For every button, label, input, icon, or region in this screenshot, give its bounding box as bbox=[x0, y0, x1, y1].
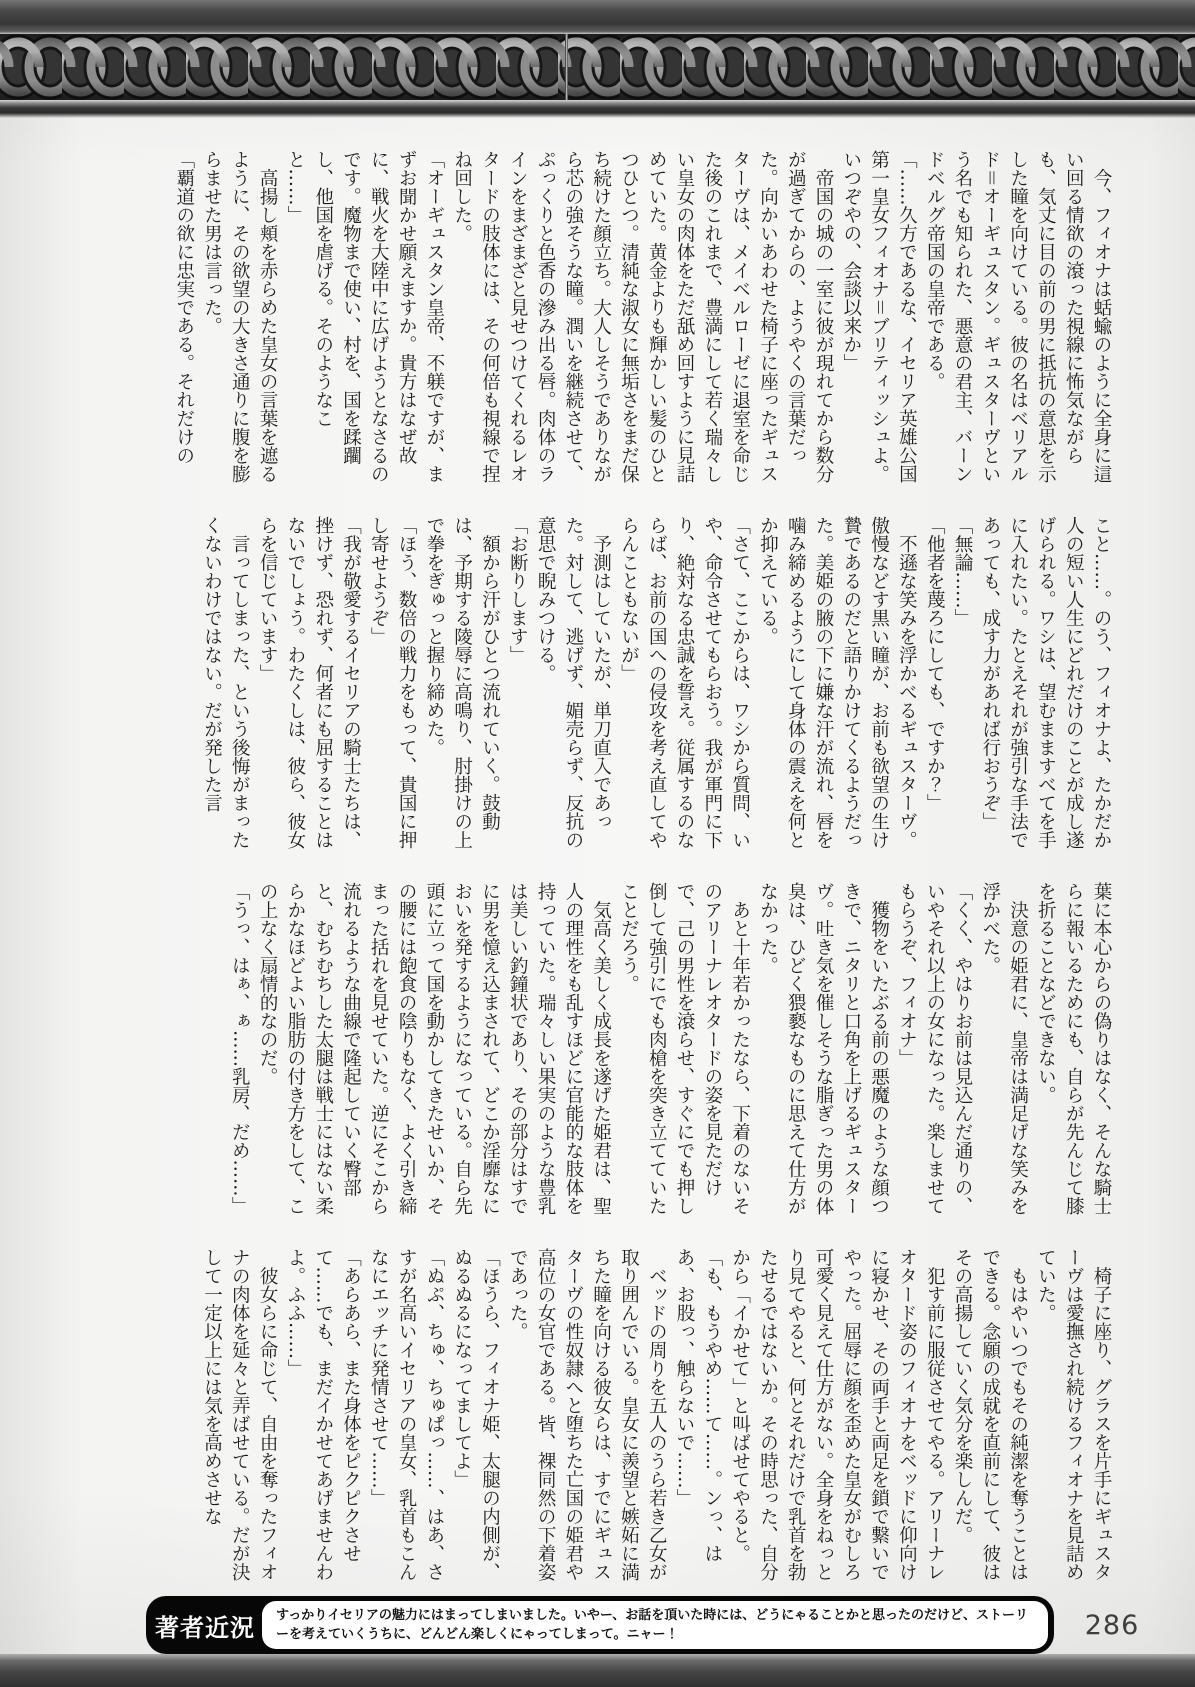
footer-status-line: すっかりイセリアの魅力にはまってしまいました。いやー、お話を頂いた時には、どうに… bbox=[276, 1606, 1034, 1625]
paragraph: 「オーギュスタン皇帝、不躾ですが、まずお聞かせ願えますか。貴方はなぜ故に、戦火を… bbox=[281, 150, 448, 486]
paragraph: 「他者を蔑ろにしても、ですか？」 bbox=[920, 516, 948, 852]
paragraph: 言ってしまった、という後悔がまったくないわけではない。だが発した言 bbox=[198, 516, 254, 852]
paragraph: 「ぬぷ、ちゅ、ちゅぱっ……、はあ、さすが名高いイセリアの皇女、乳首もこんなにエッ… bbox=[364, 1248, 447, 1584]
paragraph: 葉に本心からの偽りはなく、そんな騎士らに報いるためにも、自らが先んじて膝を折るこ… bbox=[1032, 882, 1115, 1218]
paragraph: 彼女らに命じて、自由を奪ったフィオナの肉体を延々と弄ばせている。だが決して一定以… bbox=[198, 1248, 281, 1584]
scanned-novel-page: { "page_number": "286", "bands": [ [ " 今… bbox=[0, 0, 1195, 1687]
paragraph: 「も、もうやめ……て……。ンっ、はあ、お股っ、触らないで……」 bbox=[670, 1248, 726, 1584]
paragraph: あと十年若かったなら、下着のないそのアリーナレオタードの姿を見ただけで、己の男性… bbox=[615, 882, 754, 1218]
knot-band-shading bbox=[0, 34, 1195, 100]
knot-band-seam bbox=[565, 34, 568, 100]
footer-status-line: ーを考えていくうちに、どんどん楽しくにゃってしまって。ニャー！ bbox=[276, 1625, 1034, 1644]
paragraph: 不遜な笑みを浮かべるギュスターヴ。傲慢などす黒い瞳が、お前も欲望の生け贄であるの… bbox=[754, 516, 921, 852]
paragraph: 「お断りします」 bbox=[503, 516, 531, 852]
paragraph: 犯す前に服従させてやる。アリーナレオタード姿のフィオナをベッドに仰向けに寝かせ、… bbox=[726, 1248, 948, 1584]
footer-label: 著者近況 bbox=[146, 1596, 264, 1654]
paragraph: 「さて、ここからは、ワシから質問、いや、命令させてもらおう。我が軍門に下り、絶対… bbox=[615, 516, 754, 852]
paragraph: 予測はしていたが、単刀直入であった。対して、逃げず、媚売らず、反抗の意思で睨みつ… bbox=[531, 516, 614, 852]
footer-note: すっかりイセリアの魅力にはまってしまいました。いやー、お話を頂いた時には、どうに… bbox=[262, 1601, 1048, 1649]
paragraph: 「我が敬愛するイセリアの騎士たちは、挫けず、恐れず、何者にも屈することはないでし… bbox=[253, 516, 364, 852]
paragraph: 「あらあら、また身体をピクピクさせて……でも、まだイかせてあげませんわよ。ふふ…… bbox=[281, 1248, 364, 1584]
paragraph: 「ほうら、フィオナ姫、太腿の内側が、ぬるぬるになってましてよ」 bbox=[448, 1248, 504, 1584]
paragraph: 「くく、やはりお前は見込んだ通りの、いやそれ以上の女になった。楽しませてもらうぞ… bbox=[893, 882, 976, 1218]
paragraph: 「うっ、はぁ、ぁ……乳房、だめ……」 bbox=[226, 882, 254, 1218]
celtic-knot-border bbox=[0, 0, 1195, 118]
border-bottom-bar bbox=[0, 100, 1195, 118]
text-band-3: 葉に本心からの偽りはなく、そんな騎士らに報いるためにも、自らが先んじて膝を折るこ… bbox=[140, 882, 1115, 1218]
border-top-bar bbox=[0, 0, 1195, 34]
paragraph: ベッドの周りを五人のうら若き乙女が取り囲んでいる。皇女に羨望と嫉妬に満ちた瞳を向… bbox=[503, 1248, 670, 1584]
text-band-2: こと……。のう、フィオナよ、たかだか人の短い人生にどれだけのことが成し遂げられる… bbox=[140, 516, 1115, 852]
paragraph: 気高く美しく成長を遂げた姫君は、聖人の理性をも乱すほどに官能的な肢体を持っていた… bbox=[253, 882, 614, 1218]
text-band-4: 椅子に座り、グラスを片手にギュスターヴは愛撫され続けるフィオナを見詰めていた。 … bbox=[140, 1248, 1115, 1584]
paragraph: もはやいつでもその純潔を奪うことはできる。念願の成就を直前にして、彼はその高揚し… bbox=[948, 1248, 1031, 1584]
paragraph: 決意の姫君に、皇帝は満足げな笑みを浮かべた。 bbox=[976, 882, 1032, 1218]
paragraph: 帝国の城の一室に彼が現れてから数分が過ぎてからの、ようやくの言葉だった。向かいあ… bbox=[448, 150, 837, 486]
paragraph: 今、フィオナは蛞蝓のように全身に這い回る情欲の滾った視線に怖気ながらも、気丈に目… bbox=[920, 150, 1115, 486]
paragraph: 額から汗がひとつ流れていく。鼓動は、予期する陵辱に高鳴り、肘掛けの上で拳をぎゅっ… bbox=[420, 516, 503, 852]
text-band-1: 今、フィオナは蛞蝓のように全身に這い回る情欲の滾った視線に怖気ながらも、気丈に目… bbox=[140, 150, 1115, 486]
paragraph: 「……久方であるな、イセリア英雄公国第一皇女フィオナ＝ブリティッシュよ。いつぞや… bbox=[837, 150, 920, 486]
paragraph: 「覇道の欲に忠実である。それだけの bbox=[170, 150, 198, 486]
paragraph: 椅子に座り、グラスを片手にギュスターヴは愛撫され続けるフィオナを見詰めていた。 bbox=[1032, 1248, 1115, 1584]
paragraph: こと……。のう、フィオナよ、たかだか人の短い人生にどれだけのことが成し遂げられる… bbox=[976, 516, 1115, 852]
footer-bar: 著者近況 すっかりイセリアの魅力にはまってしまいました。いやー、お話を頂いた時に… bbox=[146, 1596, 1054, 1654]
paragraph: 「無論……」 bbox=[948, 516, 976, 852]
bottom-edge-strip bbox=[0, 1654, 1195, 1687]
paragraph: 獲物をいたぶる前の悪魔のような顔つきで、ニタリと口角を上げるギュスターヴ。吐き気… bbox=[754, 882, 893, 1218]
page-number: 286 bbox=[1072, 1610, 1152, 1641]
paragraph: 「ほう、数倍の戦力をもって、貴国に押し寄せようぞ」 bbox=[364, 516, 420, 852]
paragraph: 高揚し頬を赤らめた皇女の言葉を遮るように、その欲望の大きさ通りに腹を膨らませた男… bbox=[198, 150, 281, 486]
